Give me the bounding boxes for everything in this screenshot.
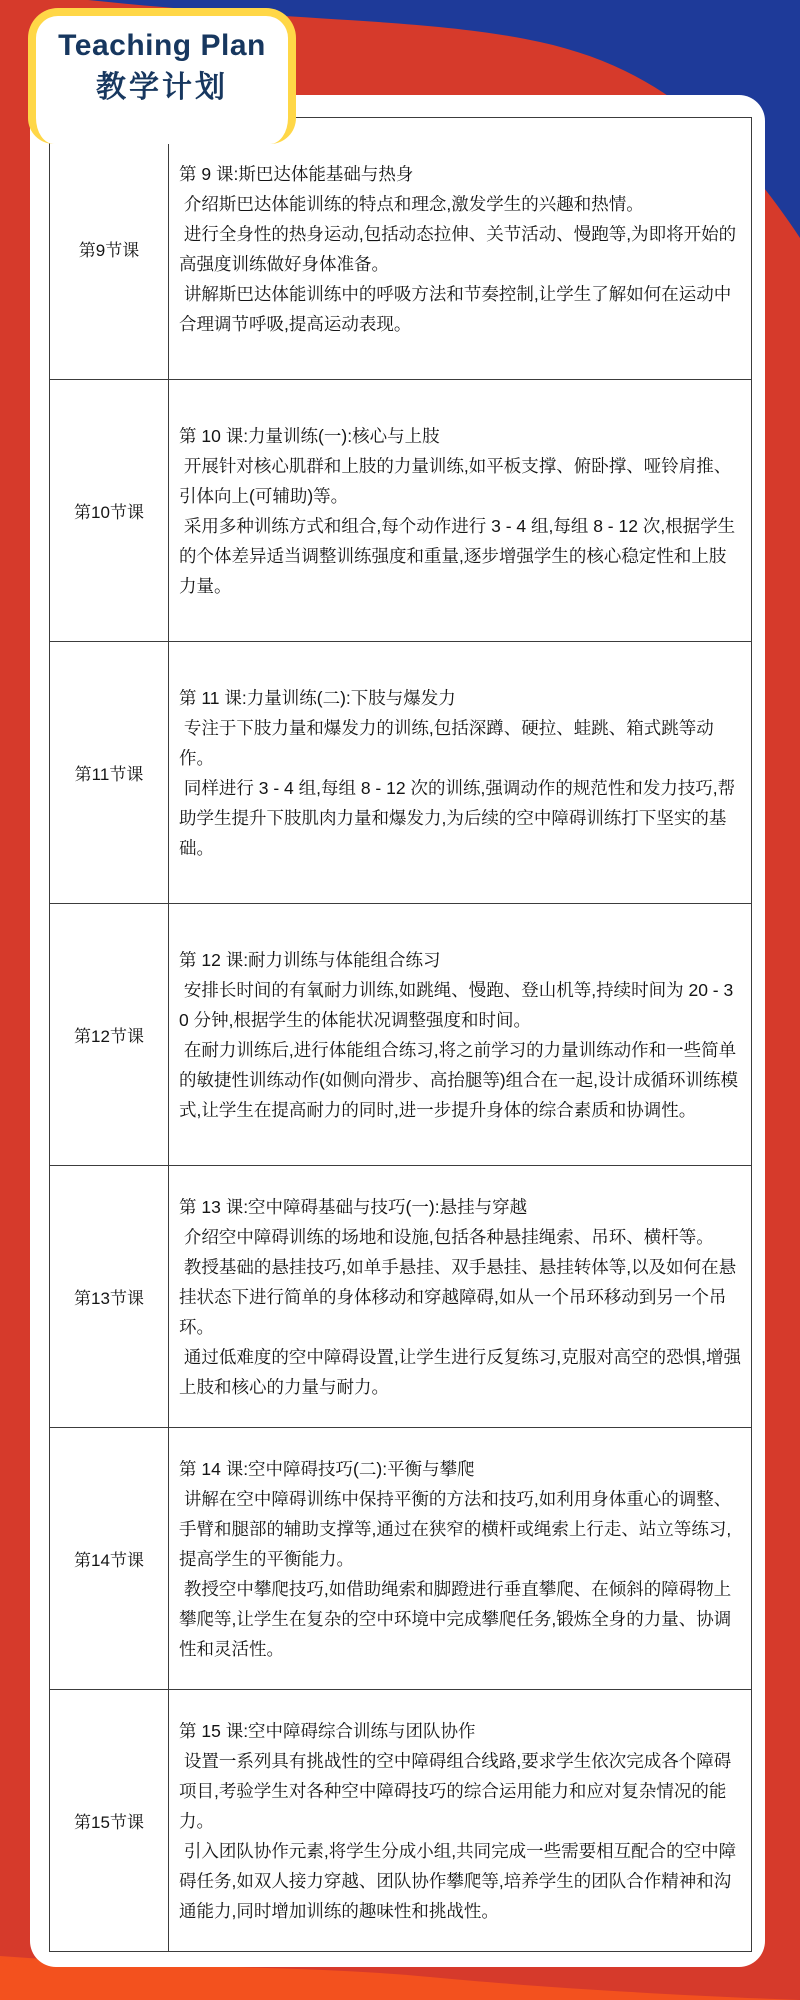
lesson-title: 第 9 课:斯巴达体能基础与热身 [179, 159, 741, 189]
lesson-row: 第15节课第 15 课:空中障碍综合训练与团队协作 设置一系列具有挑战性的空中障… [50, 1690, 752, 1952]
content-card: 第9节课第 9 课:斯巴达体能基础与热身 介绍斯巴达体能训练的特点和理念,激发学… [30, 95, 765, 1967]
lesson-content-cell: 第 14 课:空中障碍技巧(二):平衡与攀爬 讲解在空中障碍训练中保持平衡的方法… [169, 1428, 752, 1690]
lesson-content-cell: 第 10 课:力量训练(一):核心与上肢 开展针对核心肌群和上肢的力量训练,如平… [169, 380, 752, 642]
lesson-title: 第 12 课:耐力训练与体能组合练习 [179, 945, 741, 975]
lesson-paragraph: 讲解在空中障碍训练中保持平衡的方法和技巧,如利用身体重心的调整、手臂和腿部的辅助… [179, 1484, 741, 1574]
lesson-content-cell: 第 15 课:空中障碍综合训练与团队协作 设置一系列具有挑战性的空中障碍组合线路… [169, 1690, 752, 1952]
lesson-row: 第12节课第 12 课:耐力训练与体能组合练习 安排长时间的有氧耐力训练,如跳绳… [50, 904, 752, 1166]
lesson-number-cell: 第14节课 [50, 1428, 169, 1690]
lesson-row: 第13节课第 13 课:空中障碍基础与技巧(一):悬挂与穿越 介绍空中障碍训练的… [50, 1166, 752, 1428]
lesson-row: 第11节课第 11 课:力量训练(二):下肢与爆发力 专注于下肢力量和爆发力的训… [50, 642, 752, 904]
lesson-number-cell: 第13节课 [50, 1166, 169, 1428]
lesson-paragraph: 讲解斯巴达体能训练中的呼吸方法和节奏控制,让学生了解如何在运动中合理调节呼吸,提… [179, 279, 741, 339]
lesson-row: 第14节课第 14 课:空中障碍技巧(二):平衡与攀爬 讲解在空中障碍训练中保持… [50, 1428, 752, 1690]
lesson-number-cell: 第15节课 [50, 1690, 169, 1952]
lesson-content-cell: 第 12 课:耐力训练与体能组合练习 安排长时间的有氧耐力训练,如跳绳、慢跑、登… [169, 904, 752, 1166]
lesson-paragraph: 同样进行 3 - 4 组,每组 8 - 12 次的训练,强调动作的规范性和发力技… [179, 773, 741, 863]
page: 第9节课第 9 课:斯巴达体能基础与热身 介绍斯巴达体能训练的特点和理念,激发学… [0, 0, 800, 2000]
lesson-content-cell: 第 11 课:力量训练(二):下肢与爆发力 专注于下肢力量和爆发力的训练,包括深… [169, 642, 752, 904]
lesson-number-cell: 第11节课 [50, 642, 169, 904]
lesson-paragraph: 设置一系列具有挑战性的空中障碍组合线路,要求学生依次完成各个障碍项目,考验学生对… [179, 1746, 741, 1836]
lesson-paragraph: 开展针对核心肌群和上肢的力量训练,如平板支撑、俯卧撑、哑铃肩推、引体向上(可辅助… [179, 451, 741, 511]
lesson-title: 第 10 课:力量训练(一):核心与上肢 [179, 421, 741, 451]
lesson-paragraph: 介绍斯巴达体能训练的特点和理念,激发学生的兴趣和热情。 [179, 189, 741, 219]
lesson-paragraph: 专注于下肢力量和爆发力的训练,包括深蹲、硬拉、蛙跳、箱式跳等动作。 [179, 713, 741, 773]
header-title-en: Teaching Plan [58, 26, 266, 66]
lesson-paragraph: 教授基础的悬挂技巧,如单手悬挂、双手悬挂、悬挂转体等,以及如何在悬挂状态下进行简… [179, 1252, 741, 1342]
lesson-title: 第 14 课:空中障碍技巧(二):平衡与攀爬 [179, 1454, 741, 1484]
header-badge: Teaching Plan 教学计划 [28, 8, 296, 144]
lesson-number-cell: 第12节课 [50, 904, 169, 1166]
lesson-row: 第9节课第 9 课:斯巴达体能基础与热身 介绍斯巴达体能训练的特点和理念,激发学… [50, 118, 752, 380]
lesson-paragraph: 教授空中攀爬技巧,如借助绳索和脚蹬进行垂直攀爬、在倾斜的障碍物上攀爬等,让学生在… [179, 1574, 741, 1664]
lesson-paragraph: 通过低难度的空中障碍设置,让学生进行反复练习,克服对高空的恐惧,增强上肢和核心的… [179, 1342, 741, 1402]
lesson-paragraph: 介绍空中障碍训练的场地和设施,包括各种悬挂绳索、吊环、横杆等。 [179, 1222, 741, 1252]
lesson-title: 第 15 课:空中障碍综合训练与团队协作 [179, 1716, 741, 1746]
lesson-number-cell: 第10节课 [50, 380, 169, 642]
lesson-title: 第 13 课:空中障碍基础与技巧(一):悬挂与穿越 [179, 1192, 741, 1222]
lesson-paragraph: 引入团队协作元素,将学生分成小组,共同完成一些需要相互配合的空中障碍任务,如双人… [179, 1836, 741, 1926]
lesson-paragraph: 安排长时间的有氧耐力训练,如跳绳、慢跑、登山机等,持续时间为 20 - 30 分… [179, 975, 741, 1035]
lesson-paragraph: 采用多种训练方式和组合,每个动作进行 3 - 4 组,每组 8 - 12 次,根… [179, 511, 741, 601]
header-title-zh: 教学计划 [96, 66, 228, 110]
lesson-row: 第10节课第 10 课:力量训练(一):核心与上肢 开展针对核心肌群和上肢的力量… [50, 380, 752, 642]
lesson-paragraph: 在耐力训练后,进行体能组合练习,将之前学习的力量训练动作和一些简单的敏捷性训练动… [179, 1035, 741, 1125]
lesson-number-cell: 第9节课 [50, 118, 169, 380]
teaching-plan-table: 第9节课第 9 课:斯巴达体能基础与热身 介绍斯巴达体能训练的特点和理念,激发学… [49, 117, 752, 1952]
lesson-content-cell: 第 9 课:斯巴达体能基础与热身 介绍斯巴达体能训练的特点和理念,激发学生的兴趣… [169, 118, 752, 380]
lesson-content-cell: 第 13 课:空中障碍基础与技巧(一):悬挂与穿越 介绍空中障碍训练的场地和设施… [169, 1166, 752, 1428]
lesson-title: 第 11 课:力量训练(二):下肢与爆发力 [179, 683, 741, 713]
lesson-paragraph: 进行全身性的热身运动,包括动态拉伸、关节活动、慢跑等,为即将开始的高强度训练做好… [179, 219, 741, 279]
